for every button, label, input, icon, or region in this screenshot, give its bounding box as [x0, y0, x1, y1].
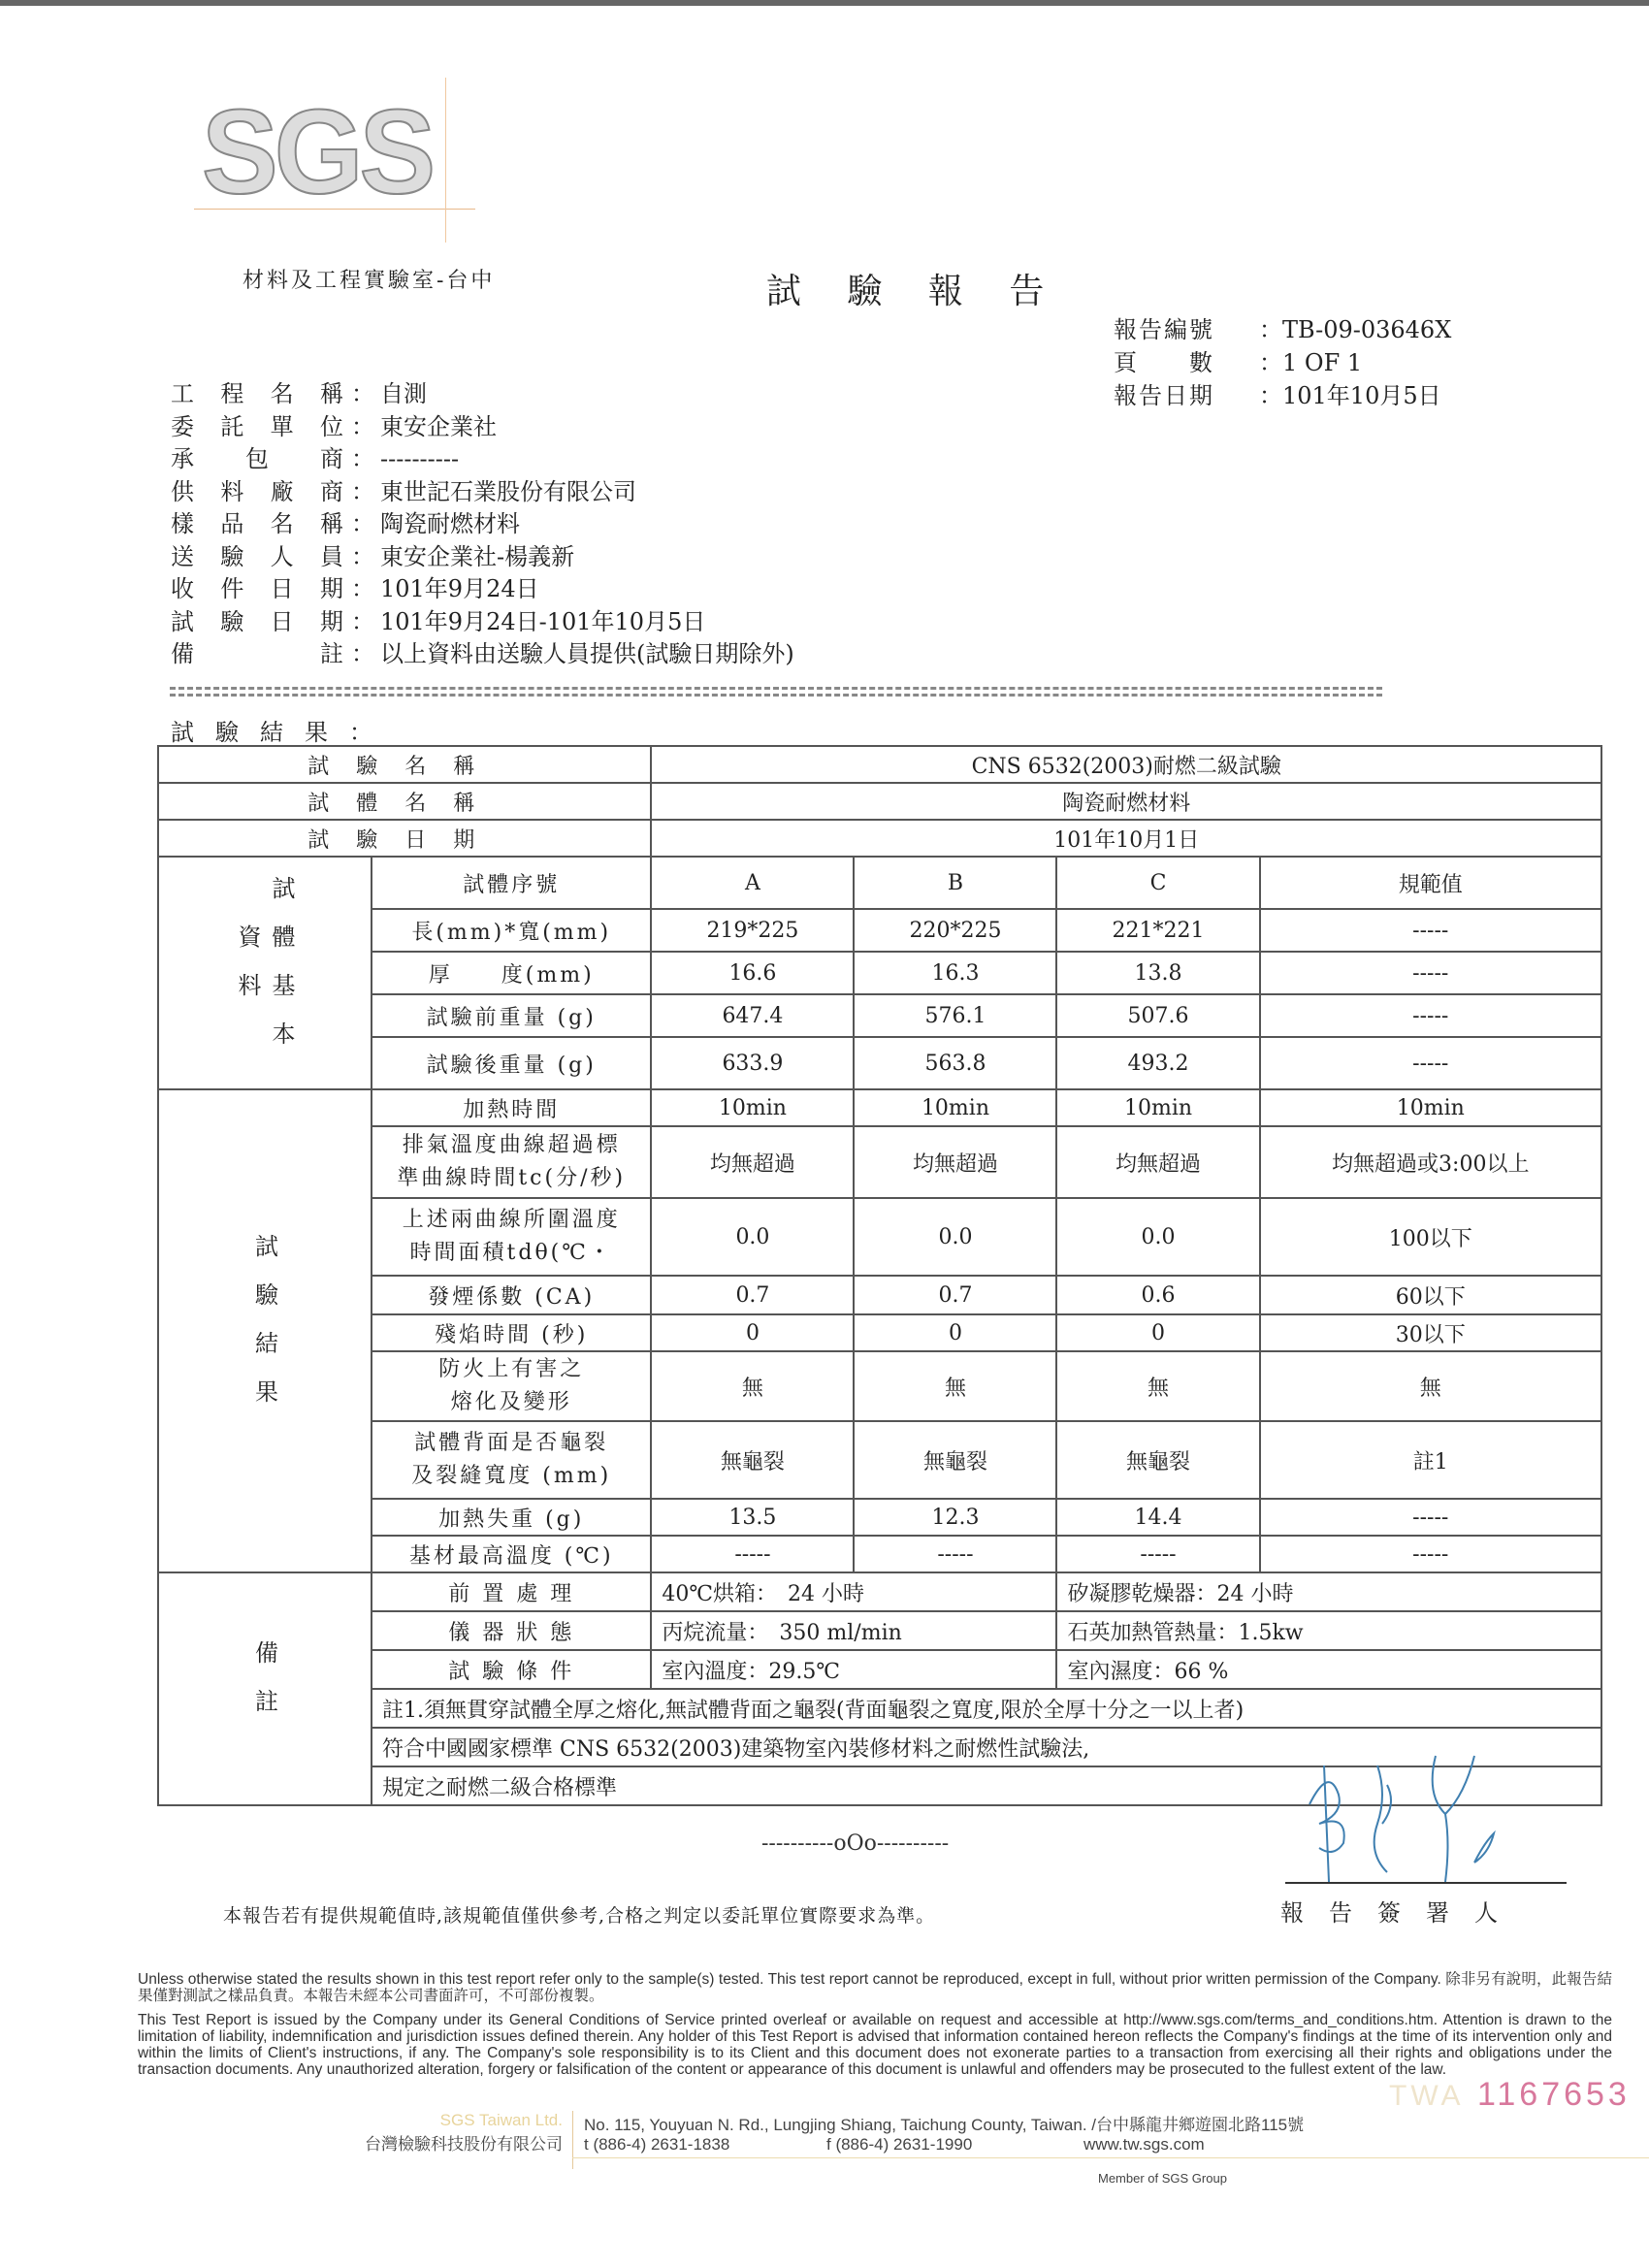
- value-cell: 13.5: [651, 1499, 854, 1536]
- info-row: 試驗日期：101年9月24日-101年10月5日: [171, 606, 794, 639]
- table-row: 試體基本資料試體序號ABC規範值: [158, 857, 1601, 909]
- value-cell: 10min: [854, 1089, 1056, 1126]
- value-cell: 無龜裂: [854, 1421, 1056, 1499]
- info-value: 東安企業社: [380, 411, 497, 444]
- results-table: 試驗名稱CNS 6532(2003)耐燃二級試驗試體名稱陶瓷耐燃材料試驗日期10…: [157, 745, 1602, 1806]
- test-name-label: 試驗名稱: [158, 746, 651, 783]
- value-cell: 無: [854, 1351, 1056, 1421]
- member-label: Member of SGS Group: [1098, 2171, 1227, 2186]
- value-cell: 0: [1056, 1314, 1259, 1351]
- separator-line: [170, 687, 1382, 697]
- note-value: 室內溫度：29.5℃: [651, 1650, 1056, 1689]
- info-row: 供料廠商：東世記石業股份有限公司: [171, 476, 794, 509]
- info-label: 試驗日期: [171, 606, 351, 639]
- note-text: 註1.須無貫穿試體全厚之熔化,無試體背面之龜裂(背面龜裂之寬度,限於全厚十分之一…: [372, 1689, 1601, 1728]
- table-row: 試體背面是否龜裂及裂縫寬度 (mm)無龜裂無龜裂無龜裂註1: [158, 1421, 1601, 1499]
- value-cell: 10min: [1056, 1089, 1259, 1126]
- group-results-label: 試驗結果: [158, 1089, 372, 1572]
- value-cell: -----: [1260, 994, 1601, 1037]
- serial-prefix: TWA: [1389, 2080, 1465, 2112]
- value-cell: -----: [1056, 1536, 1259, 1572]
- company-address: No. 115, Youyuan N. Rd., Lungjing Shiang…: [584, 2111, 1649, 2135]
- table-row: 防火上有害之熔化及變形無無無無: [158, 1351, 1601, 1421]
- row-label: 前 置 處 理: [372, 1572, 651, 1611]
- spec-notice: 本報告若有提供規範值時,該規範值僅供參考,合格之判定以委託單位實際要求為準。: [223, 1901, 935, 1928]
- row-label: 試 驗 條 件: [372, 1650, 651, 1689]
- serial-number: 1167653: [1477, 2076, 1631, 2113]
- row-label: 厚 度(mm): [372, 952, 651, 994]
- info-label: 委託單位: [171, 411, 351, 444]
- group-basic-label: 試體基本資料: [158, 857, 372, 1089]
- table-row: 發煙係數 (CA)0.70.70.660以下: [158, 1276, 1601, 1314]
- row-label: 基材最高溫度 (℃): [372, 1536, 651, 1572]
- signatory-label: 報告簽署人: [1280, 1894, 1523, 1928]
- table-row: 試驗名稱CNS 6532(2003)耐燃二級試驗: [158, 746, 1601, 783]
- value-cell: 均無超過: [1056, 1126, 1259, 1198]
- info-row: 送驗人員：東安企業社-楊義新: [171, 541, 794, 574]
- report-meta: 報告編號：TB-09-03646X 頁 數：1 OF 1 報告日期：101年10…: [1114, 313, 1451, 412]
- info-value: 自測: [380, 378, 427, 411]
- info-value: 101年9月24日-101年10月5日: [380, 606, 705, 639]
- value-cell: 10min: [651, 1089, 854, 1126]
- table-row: 試體名稱陶瓷耐燃材料: [158, 783, 1601, 820]
- table-row: 加熱失重 (g)13.512.314.4-----: [158, 1499, 1601, 1536]
- value-cell: 註1: [1260, 1421, 1601, 1499]
- value-cell: 0.0: [1056, 1198, 1259, 1276]
- value-cell: 647.4: [651, 994, 854, 1037]
- value-cell: 無: [1056, 1351, 1259, 1421]
- info-row: 備註：以上資料由送驗人員提供(試驗日期除外): [171, 638, 794, 671]
- row-label: 發煙係數 (CA): [372, 1276, 651, 1314]
- value-cell: 均無超過: [854, 1126, 1056, 1198]
- website-link[interactable]: www.tw.sgs.com: [1083, 2135, 1205, 2155]
- specimen-name: 陶瓷耐燃材料: [651, 783, 1601, 820]
- info-row: 工程名稱：自測: [171, 378, 794, 411]
- row-label: 試體背面是否龜裂及裂縫寬度 (mm): [372, 1421, 651, 1499]
- value-cell: -----: [1260, 1536, 1601, 1572]
- value-cell: 0.6: [1056, 1276, 1259, 1314]
- value-cell: 30以下: [1260, 1314, 1601, 1351]
- value-cell: 0.7: [854, 1276, 1056, 1314]
- report-number-label: 報告編號: [1114, 313, 1259, 346]
- value-cell: 576.1: [854, 994, 1056, 1037]
- info-label: 供料廠商: [171, 476, 351, 509]
- end-mark: ----------oOo----------: [761, 1831, 949, 1856]
- value-cell: -----: [1260, 1499, 1601, 1536]
- disclaimer-paragraph: Unless otherwise stated the results show…: [138, 1971, 1612, 2004]
- row-label: 上述兩曲線所圍溫度時間面積tdθ(℃・: [372, 1198, 651, 1276]
- value-cell: 16.3: [854, 952, 1056, 994]
- value-cell: 633.9: [651, 1037, 854, 1089]
- table-row: 試 驗 條 件室內溫度：29.5℃室內濕度：66 %: [158, 1650, 1601, 1689]
- note-value: 石英加熱管熱量：1.5kw: [1056, 1611, 1601, 1650]
- table-row: 基材最高溫度 (℃)--------------------: [158, 1536, 1601, 1572]
- test-name: CNS 6532(2003)耐燃二級試驗: [651, 746, 1601, 783]
- footer-rule: [572, 2157, 1649, 2158]
- pages-label: 頁 數: [1114, 346, 1259, 379]
- table-row: 殘焰時間 (秒)00030以下: [158, 1314, 1601, 1351]
- value-cell: 無龜裂: [1056, 1421, 1259, 1499]
- phone: t (886-4) 2631-1838: [584, 2135, 826, 2155]
- info-value: 陶瓷耐燃材料: [380, 508, 520, 541]
- value-cell: 10min: [1260, 1089, 1601, 1126]
- info-row: 委託單位：東安企業社: [171, 411, 794, 444]
- row-label: 試驗前重量 (g): [372, 994, 651, 1037]
- project-info: 工程名稱：自測委託單位：東安企業社承包商：----------供料廠商：東世記石…: [171, 378, 794, 671]
- value-cell: 13.8: [1056, 952, 1259, 994]
- note-value: 矽凝膠乾燥器：24 小時: [1056, 1572, 1601, 1611]
- value-cell: 0.0: [854, 1198, 1056, 1276]
- column-header: B: [854, 857, 1056, 909]
- row-label: 加熱時間: [372, 1089, 651, 1126]
- test-date-label: 試驗日期: [158, 820, 651, 857]
- table-row: 排氣溫度曲線超過標準曲線時間tc(分/秒)均無超過均無超過均無超過均無超過或3:…: [158, 1126, 1601, 1198]
- table-row: 試驗結果加熱時間10min10min10min10min: [158, 1089, 1601, 1126]
- info-value: 東世記石業股份有限公司: [380, 476, 636, 509]
- value-cell: 均無超過: [651, 1126, 854, 1198]
- table-row: 註1.須無貫穿試體全厚之熔化,無試體背面之龜裂(背面龜裂之寬度,限於全厚十分之一…: [158, 1689, 1601, 1728]
- note-value: 40℃烘箱： 24 小時: [651, 1572, 1056, 1611]
- logo-guide-line: [194, 209, 475, 210]
- value-cell: 60以下: [1260, 1276, 1601, 1314]
- fax: f (886-4) 2631-1990: [826, 2135, 1083, 2155]
- value-cell: 219*225: [651, 909, 854, 952]
- table-row: 試驗日期101年10月1日: [158, 820, 1601, 857]
- serial-stamp: TWA 1167653: [1389, 2076, 1631, 2114]
- table-row: 厚 度(mm)16.616.313.8-----: [158, 952, 1601, 994]
- value-cell: 無: [651, 1351, 854, 1421]
- value-cell: 14.4: [1056, 1499, 1259, 1536]
- value-cell: -----: [854, 1536, 1056, 1572]
- row-label: 加熱失重 (g): [372, 1499, 651, 1536]
- logo-guide-line: [445, 78, 446, 243]
- info-row: 樣品名稱：陶瓷耐燃材料: [171, 508, 794, 541]
- column-header: A: [651, 857, 854, 909]
- table-row: 試驗後重量 (g)633.9563.8493.2-----: [158, 1037, 1601, 1089]
- value-cell: 0.7: [651, 1276, 854, 1314]
- specimen-name-label: 試體名稱: [158, 783, 651, 820]
- row-label: 排氣溫度曲線超過標準曲線時間tc(分/秒): [372, 1126, 651, 1198]
- value-cell: 0.0: [651, 1198, 854, 1276]
- value-cell: 均無超過或3:00以上: [1260, 1126, 1601, 1198]
- info-label: 工程名稱: [171, 378, 351, 411]
- table-row: 長(mm)*寬(mm)219*225220*225221*221-----: [158, 909, 1601, 952]
- sgs-logo: SGS: [202, 92, 432, 212]
- report-date: 101年10月5日: [1282, 379, 1441, 412]
- value-cell: -----: [1260, 1037, 1601, 1089]
- table-row: 儀 器 狀 態丙烷流量： 350 ml/min石英加熱管熱量：1.5kw: [158, 1611, 1601, 1650]
- value-cell: 12.3: [854, 1499, 1056, 1536]
- document-title: 試 驗 報 告: [766, 264, 1061, 313]
- pages: 1 OF 1: [1282, 346, 1362, 379]
- info-label: 送驗人員: [171, 541, 351, 574]
- info-label: 樣品名稱: [171, 508, 351, 541]
- signature-line: [1285, 1882, 1567, 1884]
- row-label: 長(mm)*寬(mm): [372, 909, 651, 952]
- value-cell: 0: [854, 1314, 1056, 1351]
- note-value: 丙烷流量： 350 ml/min: [651, 1611, 1056, 1650]
- row-label: 儀 器 狀 態: [372, 1611, 651, 1650]
- row-label: 殘焰時間 (秒): [372, 1314, 651, 1351]
- value-cell: 220*225: [854, 909, 1056, 952]
- info-row: 承包商：----------: [171, 443, 794, 476]
- footer-divider: [572, 2111, 573, 2169]
- value-cell: 221*221: [1056, 909, 1259, 952]
- value-cell: -----: [1260, 952, 1601, 994]
- row-label: 試驗後重量 (g): [372, 1037, 651, 1089]
- table-row: 上述兩曲線所圍溫度時間面積tdθ(℃・0.00.00.0100以下: [158, 1198, 1601, 1276]
- info-label: 備註: [171, 638, 351, 671]
- value-cell: 16.6: [651, 952, 854, 994]
- info-label: 收件日期: [171, 573, 351, 606]
- value-cell: 無: [1260, 1351, 1601, 1421]
- company-name-zh: 台灣檢驗科技股份有限公司: [262, 2130, 563, 2155]
- terms-link[interactable]: http://www.sgs.com/terms_and_conditions.…: [1123, 2012, 1438, 2028]
- info-value: 101年9月24日: [380, 573, 539, 606]
- value-cell: 無龜裂: [651, 1421, 854, 1499]
- terms-paragraph: This Test Report is issued by the Compan…: [138, 2012, 1612, 2078]
- company-name-en: SGS Taiwan Ltd.: [262, 2111, 563, 2130]
- value-cell: 507.6: [1056, 994, 1259, 1037]
- info-value: ----------: [380, 443, 459, 476]
- value-cell: -----: [1260, 909, 1601, 952]
- lab-name: 材料及工程實驗室-台中: [242, 264, 495, 294]
- note-value: 室內濕度：66 %: [1056, 1650, 1601, 1689]
- info-value: 東安企業社-楊義新: [380, 541, 574, 574]
- table-row: 備註前 置 處 理40℃烘箱： 24 小時矽凝膠乾燥器：24 小時: [158, 1572, 1601, 1611]
- results-title: 試驗結果：: [171, 713, 394, 747]
- report-date-label: 報告日期: [1114, 379, 1259, 412]
- info-value: 以上資料由送驗人員提供(試驗日期除外): [380, 638, 794, 671]
- report-number: TB-09-03646X: [1282, 313, 1451, 346]
- signature-icon: [1271, 1746, 1562, 1892]
- value-cell: 100以下: [1260, 1198, 1601, 1276]
- column-header: 規範值: [1260, 857, 1601, 909]
- value-cell: 0: [651, 1314, 854, 1351]
- value-cell: 493.2: [1056, 1037, 1259, 1089]
- info-row: 收件日期：101年9月24日: [171, 573, 794, 606]
- info-label: 承包商: [171, 443, 351, 476]
- test-date: 101年10月1日: [651, 820, 1601, 857]
- legal-disclaimer: Unless otherwise stated the results show…: [138, 1971, 1612, 2086]
- table-row: 試驗前重量 (g)647.4576.1507.6-----: [158, 994, 1601, 1037]
- row-label: 防火上有害之熔化及變形: [372, 1351, 651, 1421]
- column-header: C: [1056, 857, 1259, 909]
- column-header: 試體序號: [372, 857, 651, 909]
- scan-edge: [0, 0, 1649, 6]
- group-notes-label: 備註: [158, 1572, 372, 1805]
- value-cell: 563.8: [854, 1037, 1056, 1089]
- value-cell: -----: [651, 1536, 854, 1572]
